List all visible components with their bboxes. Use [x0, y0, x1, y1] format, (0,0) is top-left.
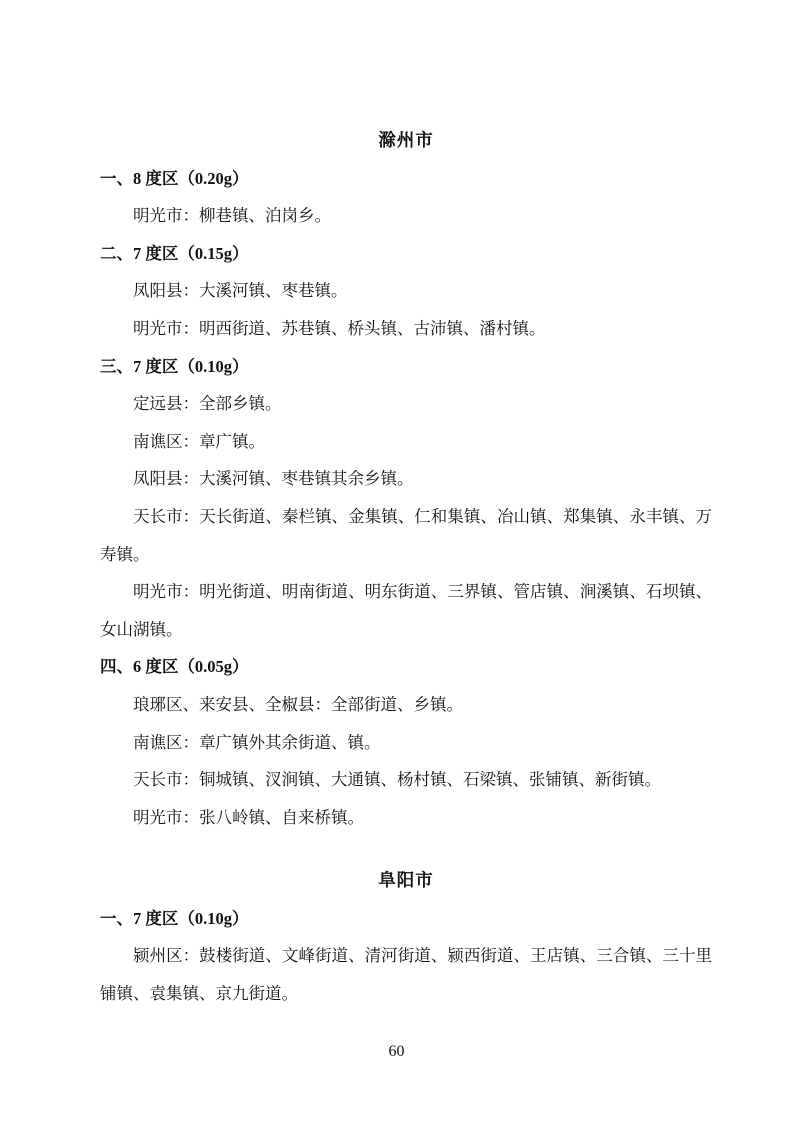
- city-title-chuzhou: 滁州市: [100, 122, 712, 160]
- city-title-fuyang: 阜阳市: [100, 862, 712, 900]
- zone-entry: 南谯区：章广镇。: [100, 423, 712, 461]
- zone-heading-2: 二、7 度区（0.15g）: [100, 235, 712, 273]
- zone-heading-5: 一、7 度区（0.10g）: [100, 900, 712, 938]
- zone-entry: 颍州区：鼓楼街道、文峰街道、清河街道、颍西街道、王店镇、三合镇、三十里铺镇、袁集…: [100, 937, 712, 1012]
- zone-entry: 天长市：铜城镇、汊涧镇、大通镇、杨村镇、石梁镇、张铺镇、新街镇。: [100, 761, 712, 799]
- zone-entry: 南谯区：章广镇外其余街道、镇。: [100, 724, 712, 762]
- zone-entry: 明光市：柳巷镇、泊岗乡。: [100, 197, 712, 235]
- zone-entry: 定远县：全部乡镇。: [100, 385, 712, 423]
- zone-entry: 明光市：明光街道、明南街道、明东街道、三界镇、管店镇、涧溪镇、石坝镇、女山湖镇。: [100, 573, 712, 648]
- zone-entry: 天长市：天长街道、秦栏镇、金集镇、仁和集镇、冶山镇、郑集镇、永丰镇、万寿镇。: [100, 498, 712, 573]
- zone-entry: 明光市：张八岭镇、自来桥镇。: [100, 799, 712, 837]
- zone-entry: 明光市：明西街道、苏巷镇、桥头镇、古沛镇、潘村镇。: [100, 310, 712, 348]
- zone-entry: 凤阳县：大溪河镇、枣巷镇。: [100, 272, 712, 310]
- page-content: 滁州市 一、8 度区（0.20g） 明光市：柳巷镇、泊岗乡。 二、7 度区（0.…: [100, 122, 712, 1013]
- zone-heading-1: 一、8 度区（0.20g）: [100, 160, 712, 198]
- zone-heading-3: 三、7 度区（0.10g）: [100, 348, 712, 386]
- zone-entry: 琅琊区、来安县、全椒县：全部街道、乡镇。: [100, 686, 712, 724]
- zone-heading-4: 四、6 度区（0.05g）: [100, 648, 712, 686]
- zone-entry: 凤阳县：大溪河镇、枣巷镇其余乡镇。: [100, 460, 712, 498]
- document-page: 滁州市 一、8 度区（0.20g） 明光市：柳巷镇、泊岗乡。 二、7 度区（0.…: [0, 0, 793, 1122]
- page-number: 60: [0, 1042, 793, 1062]
